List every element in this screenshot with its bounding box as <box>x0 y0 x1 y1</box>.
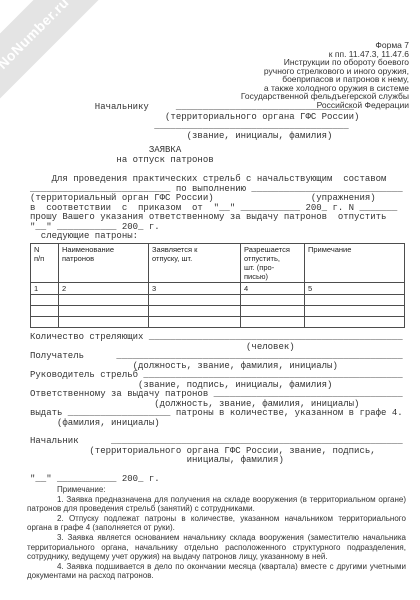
index-cell: 4 <box>241 283 305 295</box>
form-reference-header: Форма 7 к пп. 11.47.3, 11.47.6 Инструкци… <box>241 41 409 109</box>
watermark-text: NoNumber.ru <box>0 0 72 72</box>
empty-cell <box>149 295 241 306</box>
empty-cell <box>31 295 59 306</box>
notes-title: Примечание: <box>27 485 406 495</box>
empty-cell <box>31 306 59 317</box>
request-line: следующие патроны: <box>30 232 403 242</box>
document-page: NoNumber.ru Форма 7 к пп. 11.47.3, 11.47… <box>0 0 420 600</box>
column-header-requested: Заявляется к отпуску, шт. <box>149 244 241 283</box>
note-item: 2. Отпуску подлежат патроны в количестве… <box>27 514 406 533</box>
index-cell: 3 <box>149 283 241 295</box>
request-paragraph: Для проведения практических стрельб с на… <box>30 175 403 242</box>
note-item: 4. Заявка подшивается в дело по окончани… <box>27 562 406 581</box>
watermark-ribbon: NoNumber.ru <box>0 0 109 109</box>
empty-cell <box>59 295 149 306</box>
table-row <box>31 317 405 328</box>
ammo-table: N п/п Наименование патронов Заявляется к… <box>30 243 405 328</box>
column-header-name: Наименование патронов <box>59 244 149 283</box>
date-line: "__" ___________ 200_ г. <box>30 475 403 485</box>
caption-line: (фамилия, инициалы) <box>30 419 403 429</box>
table-row <box>31 306 405 317</box>
caption-line: инициалы, фамилия) <box>30 456 403 466</box>
note-item: 3. Заявка является основанием начальнику… <box>27 533 406 562</box>
empty-cell <box>241 306 305 317</box>
empty-cell <box>305 317 405 328</box>
empty-cell <box>241 317 305 328</box>
empty-cell <box>31 317 59 328</box>
table-row <box>31 295 405 306</box>
empty-cell <box>149 306 241 317</box>
empty-cell <box>241 295 305 306</box>
empty-cell <box>149 317 241 328</box>
column-header-num: N п/п <box>31 244 59 283</box>
index-cell: 1 <box>31 283 59 295</box>
empty-cell <box>305 306 405 317</box>
column-header-allowed: Разрешается отпустить, шт. (про- писью) <box>241 244 305 283</box>
index-cell: 5 <box>305 283 405 295</box>
empty-cell <box>305 295 405 306</box>
empty-cell <box>59 317 149 328</box>
note-item: 1. Заявка предназначена для получения на… <box>27 495 406 514</box>
column-index-row: 1 2 3 4 5 <box>31 283 405 295</box>
notes-section: Примечание: 1. Заявка предназначена для … <box>27 485 406 581</box>
table-header-row: N п/п Наименование патронов Заявляется к… <box>31 244 405 283</box>
addressee-block: Начальнику _____________________________… <box>30 103 359 141</box>
title-subline: на отпуск патронов <box>30 156 214 166</box>
document-title: ЗАЯВКА на отпуск патронов <box>30 146 214 165</box>
empty-cell <box>59 306 149 317</box>
column-header-note: Примечание <box>305 244 405 283</box>
index-cell: 2 <box>59 283 149 295</box>
signatures-block: Количество стреляющих __________________… <box>30 333 403 484</box>
addressee-caption: (звание, инициалы, фамилия) <box>30 132 359 142</box>
